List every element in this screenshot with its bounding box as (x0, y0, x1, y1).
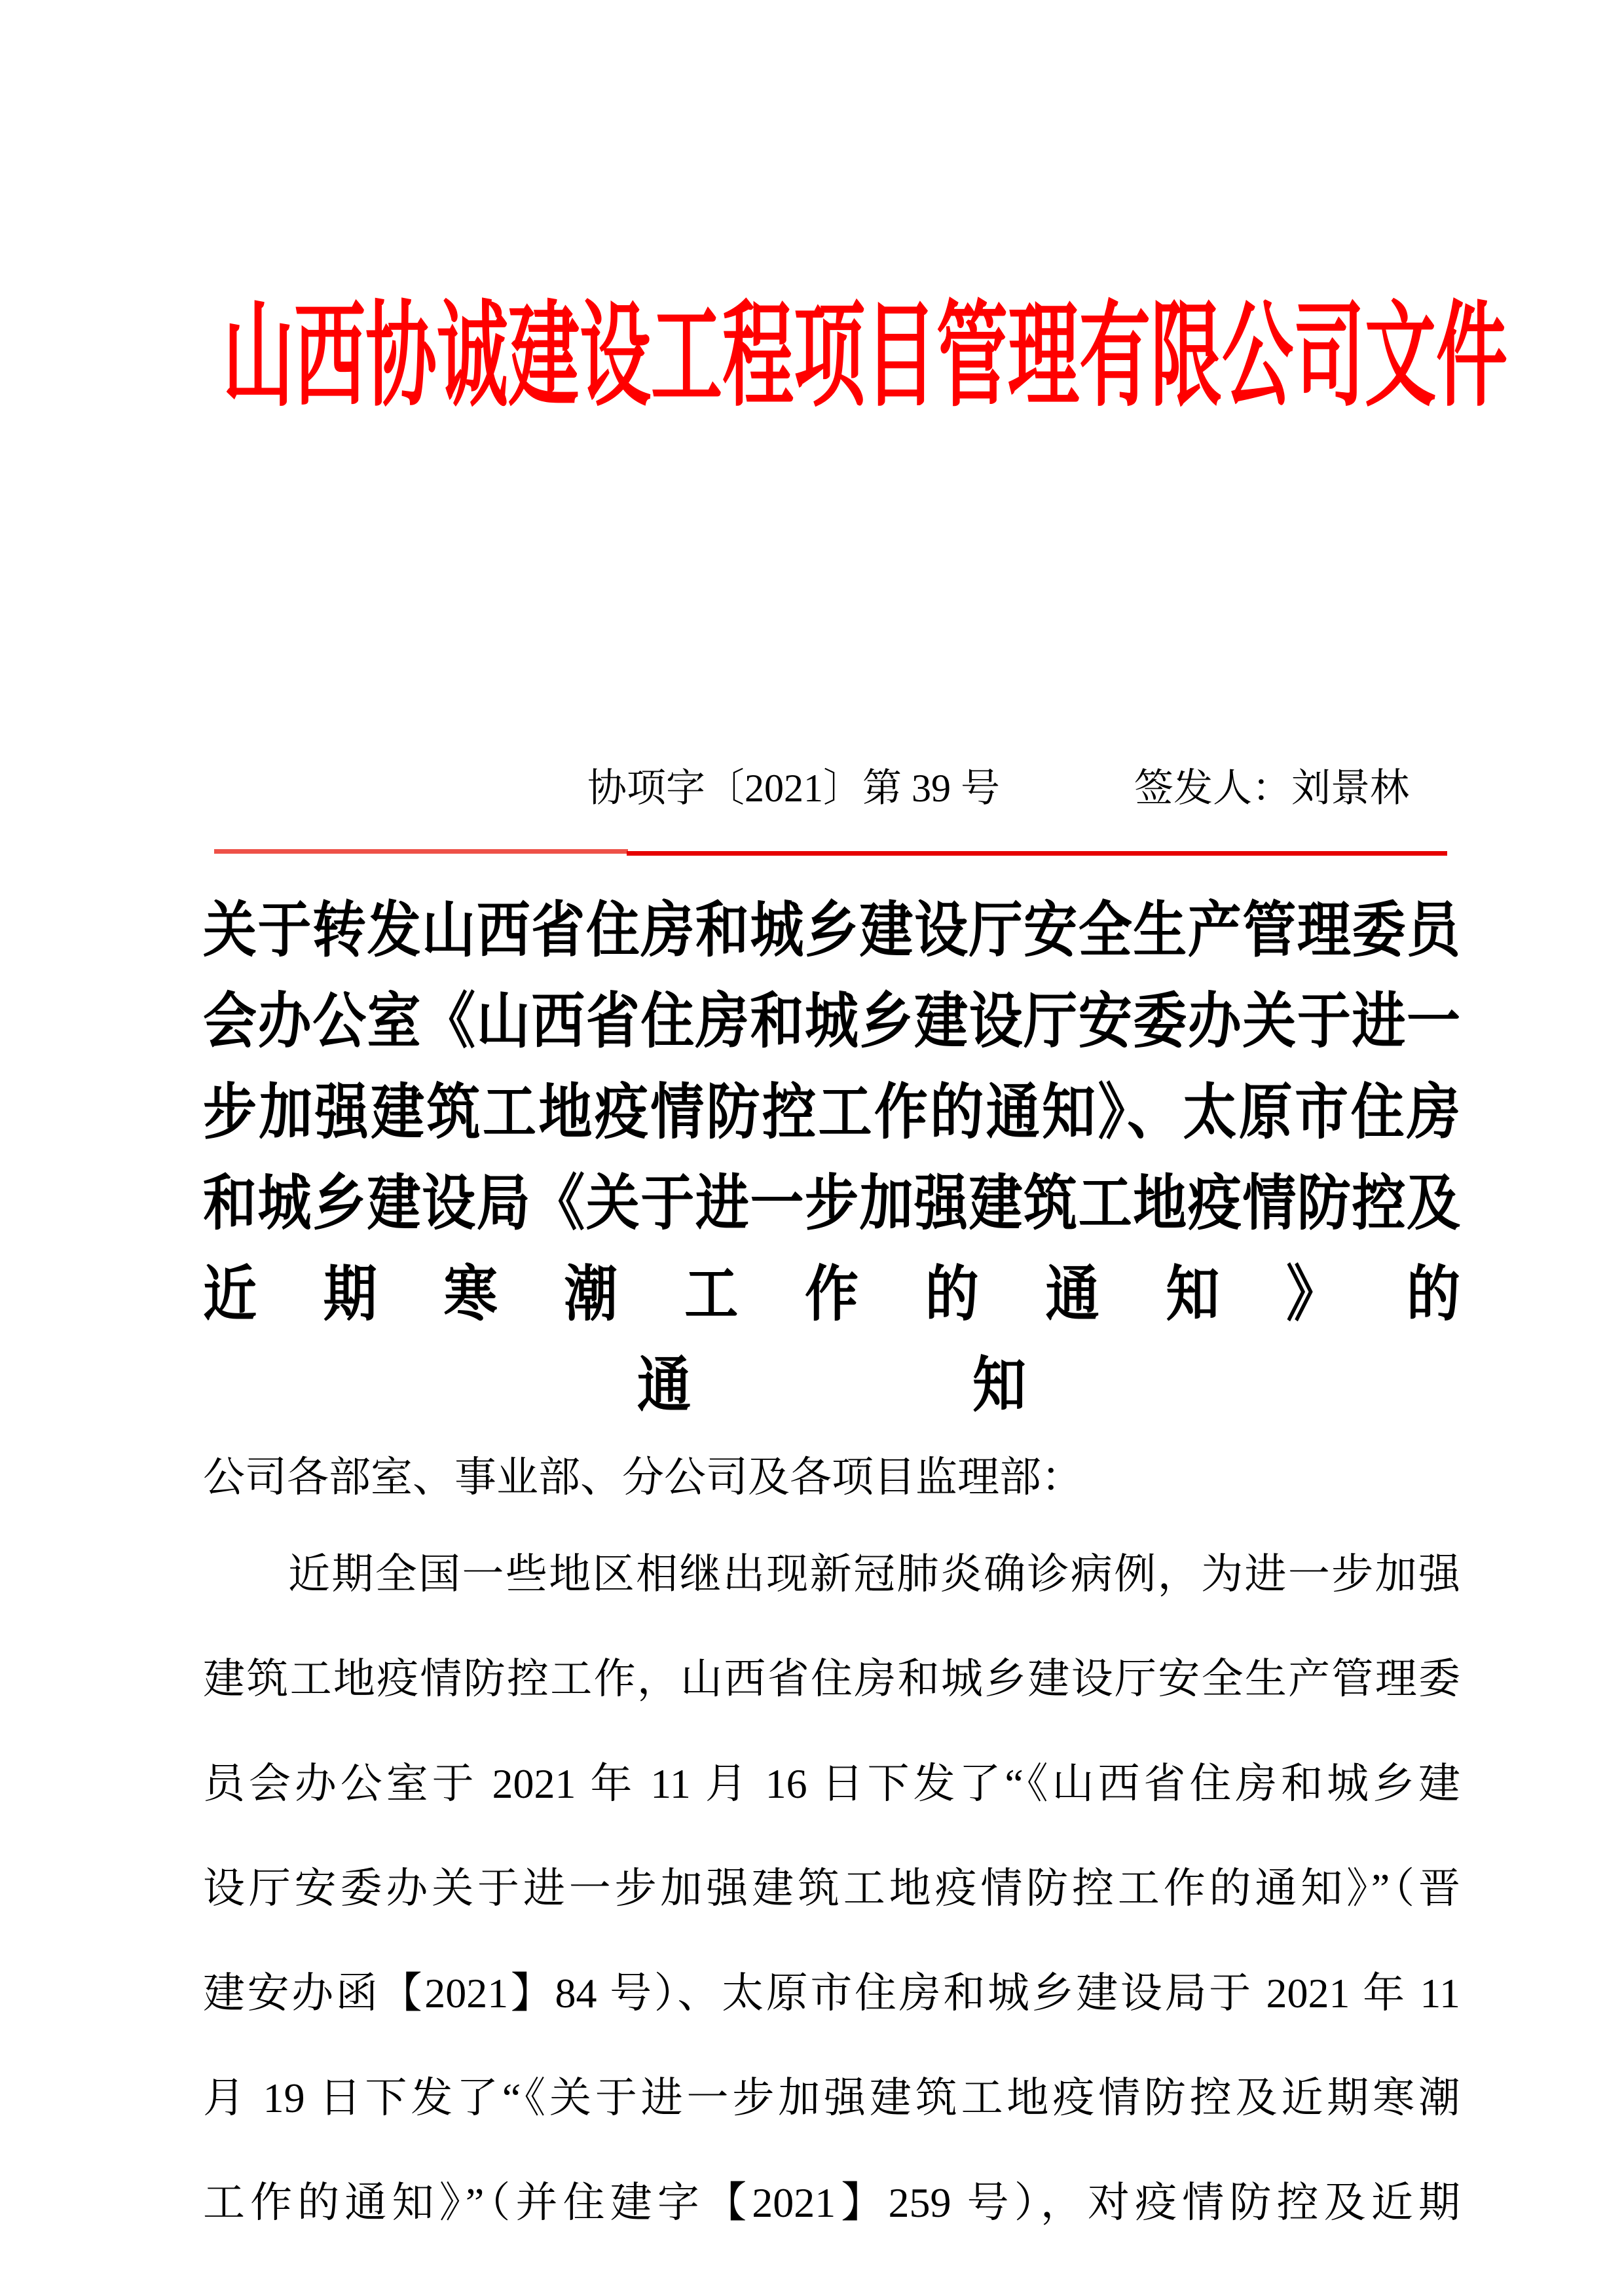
subject-tail-line: 通 知 (203, 1334, 1460, 1437)
subject-line: 关于转发山西省住房和城乡建设厅安全生产管理委员 (203, 879, 1460, 982)
reference-line: 协项字〔2021〕第 39 号 签发人：刘景林 (203, 765, 1460, 812)
subject-tail-left: 通 (637, 1334, 691, 1437)
body-line: 建安办函【2021】84 号）、太原市住房和城乡建设局于 2021 年 11 (203, 1941, 1460, 2046)
subject-line: 近期寒潮工作的通知》的 (203, 1243, 1460, 1346)
body-paragraph: 近期全国一些地区相继出现新冠肺炎确诊病例，为进一步加强 建筑工地疫情防控工作，山… (203, 1522, 1460, 2255)
body-line: 员会办公室于 2021 年 11 月 16 日下发了“《山西省住房和城乡建 (203, 1732, 1460, 1836)
body-line: 近期全国一些地区相继出现新冠肺炎确诊病例，为进一步加强 (203, 1522, 1460, 1627)
subject-tail-right: 知 (972, 1334, 1026, 1437)
salutation: 公司各部室、事业部、分公司及各项目监理部： (203, 1455, 1460, 1501)
body-line: 月 19 日下发了“《关于进一步加强建筑工地疫情防控及近期寒潮 (203, 2046, 1460, 2151)
subject-line: 步加强建筑工地疫情防控工作的通知》、太原市住房 (203, 1061, 1460, 1164)
organization-title: 山西协诚建设工程项目管理有限公司文件 (223, 300, 1480, 414)
body-line: 设厅安委办关于进一步加强建筑工地疫情防控工作的通知》”（晋 (203, 1836, 1460, 1941)
reference-number: 协项字〔2021〕第 39 号 (587, 765, 1000, 812)
subject-line: 和城乡建设局《关于进一步加强建筑工地疫情防控及 (203, 1152, 1460, 1255)
document-page: 山西协诚建设工程项目管理有限公司文件 协项字〔2021〕第 39 号 签发人：刘… (0, 0, 1624, 2296)
red-rule-left-segment (214, 849, 628, 854)
red-rule-right-segment (627, 851, 1447, 856)
body-line: 工作的通知》”（并住建字【2021】259 号），对疫情防控及近期 (203, 2151, 1460, 2255)
body-line: 建筑工地疫情防控工作，山西省住房和城乡建设厅安全生产管理委 (203, 1627, 1460, 1732)
issuer: 签发人：刘景林 (1134, 765, 1409, 812)
subject-line: 会办公室《山西省住房和城乡建设厅安委办关于进一 (203, 970, 1460, 1073)
subject-title-block: 关于转发山西省住房和城乡建设厅安全生产管理委员 会办公室《山西省住房和城乡建设厅… (203, 885, 1460, 1431)
